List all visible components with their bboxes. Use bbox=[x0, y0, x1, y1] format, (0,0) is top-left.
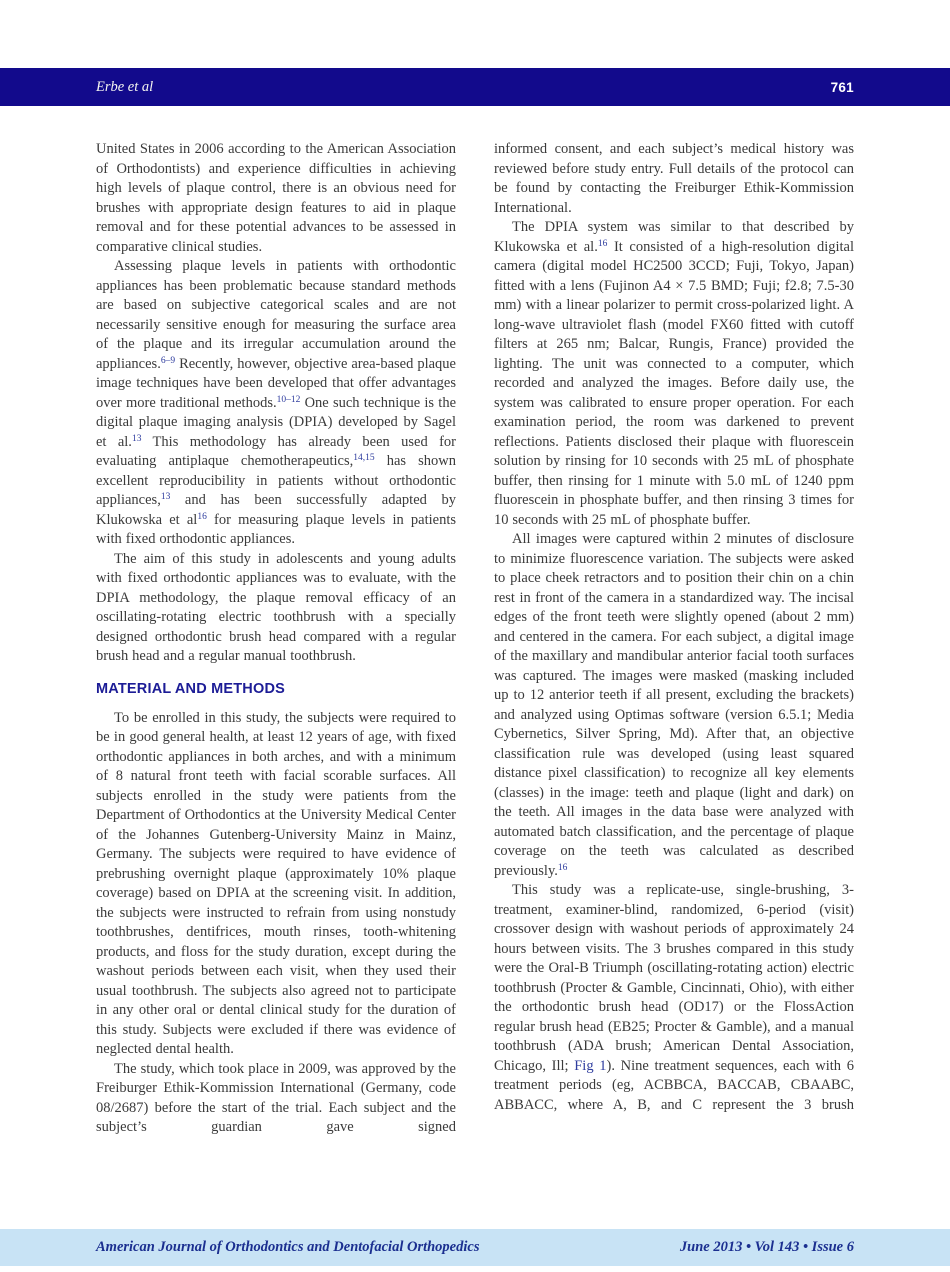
running-head-author: Erbe et al bbox=[96, 79, 153, 96]
reference-superscript[interactable]: 13 bbox=[132, 434, 142, 444]
reference-superscript[interactable]: 13 bbox=[161, 492, 171, 502]
paragraph: Assessing plaque levels in patients with… bbox=[96, 257, 456, 550]
paragraph: All images were captured within 2 minute… bbox=[494, 530, 854, 881]
reference-superscript[interactable]: 16 bbox=[197, 512, 207, 522]
journal-page: Erbe et al 761 United States in 2006 acc… bbox=[0, 0, 950, 1272]
paragraph: informed consent, and each subject’s med… bbox=[494, 140, 854, 218]
issue-info: June 2013 • Vol 143 • Issue 6 bbox=[680, 1239, 854, 1256]
page-header-bar: Erbe et al 761 bbox=[0, 68, 950, 106]
page-number: 761 bbox=[831, 80, 854, 95]
article-body: United States in 2006 according to the A… bbox=[96, 140, 854, 1138]
paragraph: The study, which took place in 2009, was… bbox=[96, 1060, 456, 1138]
paragraph: This study was a replicate-use, single-b… bbox=[494, 881, 854, 1115]
left-column: United States in 2006 according to the A… bbox=[96, 140, 456, 1138]
paragraph: The aim of this study in adolescents and… bbox=[96, 550, 456, 667]
reference-superscript[interactable]: 10–12 bbox=[277, 395, 301, 405]
section-heading: MATERIAL AND METHODS bbox=[96, 681, 456, 697]
right-column: informed consent, and each subject’s med… bbox=[494, 140, 854, 1138]
reference-superscript[interactable]: 6–9 bbox=[161, 356, 175, 366]
reference-superscript[interactable]: 16 bbox=[598, 239, 608, 249]
page-footer-bar: American Journal of Orthodontics and Den… bbox=[0, 1229, 950, 1266]
paragraph: The DPIA system was similar to that desc… bbox=[494, 218, 854, 530]
reference-superscript[interactable]: 14,15 bbox=[353, 453, 374, 463]
paragraph: To be enrolled in this study, the subjec… bbox=[96, 709, 456, 1060]
journal-name: American Journal of Orthodontics and Den… bbox=[96, 1239, 479, 1256]
reference-superscript[interactable]: 16 bbox=[558, 863, 568, 873]
paragraph: United States in 2006 according to the A… bbox=[96, 140, 456, 257]
figure-link[interactable]: Fig 1 bbox=[574, 1058, 606, 1074]
